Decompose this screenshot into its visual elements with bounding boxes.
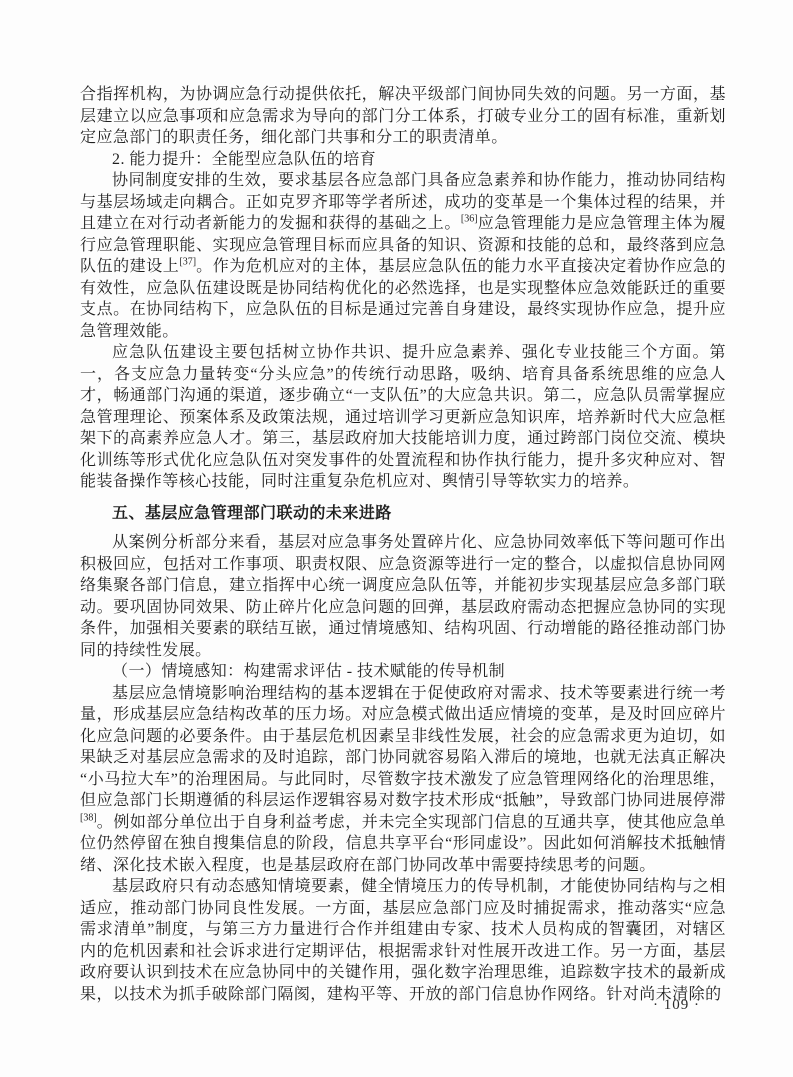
citation-marker: [37] xyxy=(179,257,196,268)
paragraph: 基层政府只有动态感知情境要素，健全情境压力的传导机制，才能使协同结构与之相适应，… xyxy=(80,876,726,1005)
paragraph: 合指挥机构，为协调应急行动提供依托，解决平级部门间协同失效的问题。另一方面，基层… xyxy=(80,84,726,149)
paragraph: 从案例分析部分来看，基层对应急事务处置碎片化、应急协同效率低下等问题可作出积极回… xyxy=(80,532,726,661)
paragraph: 应急队伍建设主要包括树立协作共识、提升应急素养、强化专业技能三个方面。第一，各支… xyxy=(80,342,726,493)
section-heading: 五、基层应急管理部门联动的未来进路 xyxy=(80,503,726,525)
document-page: 合指挥机构，为协调应急行动提供依托，解决平级部门间协同失效的问题。另一方面，基层… xyxy=(0,0,793,1077)
document-body: 合指挥机构，为协调应急行动提供依托，解决平级部门间协同失效的问题。另一方面，基层… xyxy=(80,84,726,1005)
citation-marker: [36] xyxy=(461,214,478,225)
page-number: · 109 · xyxy=(653,996,700,1014)
list-heading: 2. 能力提升：全能型应急队伍的培育 xyxy=(80,149,726,171)
sub-heading: （一）情境感知：构建需求评估 - 技术赋能的传导机制 xyxy=(80,661,726,683)
paragraph: 协同制度安排的生效，要求基层各应急部门具备应急素养和协作能力，推动协同结构与基层… xyxy=(80,170,726,342)
citation-marker: [38] xyxy=(80,812,97,823)
paragraph: 基层应急情境影响治理结构的基本逻辑在于促使政府对需求、技术等要素进行统一考量，形… xyxy=(80,683,726,877)
